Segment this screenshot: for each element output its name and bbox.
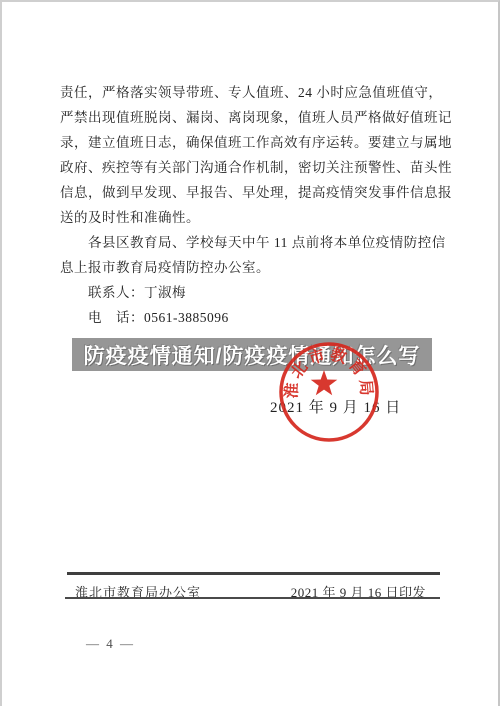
contact-phone-line: 电 话：0561-3885096 [60, 305, 436, 330]
body-line: 送的及时性和准确性。 [60, 205, 436, 230]
body-line: 息上报市教育局疫情防控办公室。 [60, 255, 436, 280]
page-number: — 4 — [86, 636, 135, 652]
body-line: 责任，严格落实领导带班、专人值班、24 小时应急值班值守， [60, 80, 436, 105]
footer-bottom-rule [65, 597, 440, 599]
body-line: 录，建立值班日志，确保值班工作高效有序运转。要建立与属地 [60, 130, 436, 155]
scanned-document-page: 责任，严格落实领导带班、专人值班、24 小时应急值班值守， 严禁出现值班脱岗、漏… [0, 0, 500, 706]
body-line: 严禁出现值班脱岗、漏岗、离岗现象，值班人员严格做好值班记 [60, 105, 436, 130]
body-line: 政府、疾控等有关部门沟通合作机制，密切关注预警性、苗头性 [60, 155, 436, 180]
body-text-block: 责任，严格落实领导带班、专人值班、24 小时应急值班值守， 严禁出现值班脱岗、漏… [60, 80, 436, 330]
contact-person-line: 联系人：丁淑梅 [60, 280, 436, 305]
footer-top-rule [67, 572, 440, 575]
red-star-icon [311, 370, 338, 395]
official-seal: 淮北市教育局 [274, 339, 384, 445]
body-line: 信息，做到早发现、早报告、早处理，提高疫情突发事件信息报 [60, 180, 436, 205]
body-line: 各县区教育局、学校每天中午 11 点前将本单位疫情防控信 [60, 230, 436, 255]
